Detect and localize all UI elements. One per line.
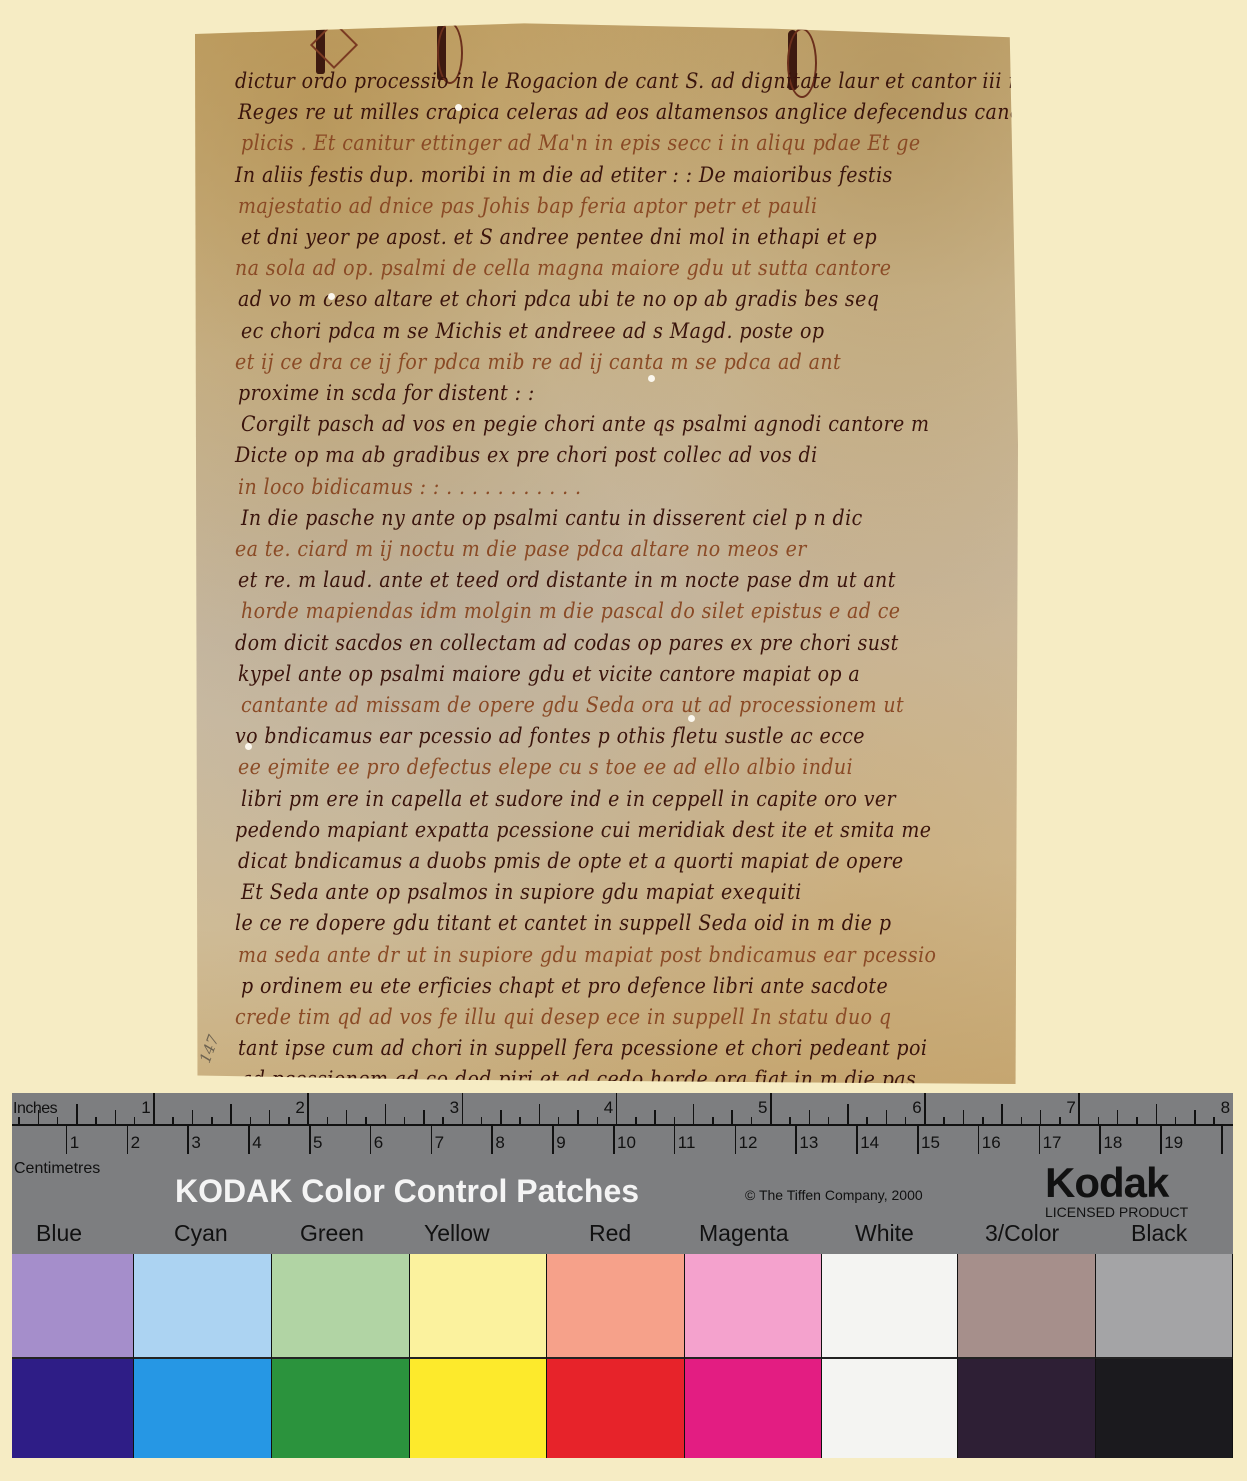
manuscript-line: ee ejmite ee pro defectus elepe cu s toe… — [238, 755, 853, 780]
cm-tick — [735, 1125, 737, 1154]
cm-number: 6 — [374, 1133, 383, 1153]
cm-tick-end — [1221, 1125, 1223, 1154]
cm-tick — [1099, 1125, 1101, 1154]
inch-tick — [809, 1110, 811, 1124]
manuscript-line: ea te. ciard m ij noctu m die pase pdca … — [235, 536, 807, 561]
inch-tick — [481, 1117, 483, 1124]
inch-tick — [423, 1110, 425, 1124]
manuscript-line: dom dicit sacdos en collectam ad codas o… — [235, 630, 899, 655]
patch-yellow-dark — [410, 1359, 547, 1458]
inch-tick — [153, 1093, 155, 1124]
inch-tick — [307, 1093, 309, 1124]
manuscript-line: libri pm ere in capella et sudore ind e … — [241, 786, 896, 811]
cm-number: 7 — [435, 1133, 444, 1153]
patch-label-yellow: Yellow — [424, 1220, 490, 1247]
cm-tick — [309, 1125, 311, 1154]
inch-tick — [1175, 1117, 1177, 1124]
manuscript-line: Et Seda ante op psalmos in supiore gdu m… — [241, 880, 802, 905]
cm-number: 2 — [131, 1133, 140, 1153]
inch-tick — [558, 1117, 560, 1124]
patch-label-white: White — [855, 1220, 914, 1247]
inch-number: 2 — [295, 1098, 304, 1118]
cm-tick — [431, 1125, 433, 1154]
cm-number: 10 — [617, 1133, 636, 1153]
inch-number: 4 — [604, 1098, 613, 1118]
manuscript-line: In aliis festis dup. moribi in m die ad … — [235, 162, 893, 187]
manuscript-line: Corgilt pasch ad vos en pegie chori ante… — [241, 412, 929, 437]
inch-tick — [577, 1110, 579, 1124]
patch-blue-light — [12, 1254, 134, 1359]
patch-red-dark — [547, 1359, 685, 1458]
patch-black-light — [1096, 1254, 1233, 1359]
cm-number: 3 — [191, 1133, 200, 1153]
cm-number: 12 — [739, 1133, 758, 1153]
patch-label-blue: Blue — [36, 1220, 82, 1247]
patch-black-dark — [1096, 1359, 1233, 1458]
inch-tick — [943, 1117, 945, 1124]
manuscript-line: le ce re dopere gdu titant et cantet in … — [235, 911, 891, 936]
manuscript-line: et ij ce dra ce ij for pdca mib re ad ij… — [235, 349, 841, 374]
cm-number: 17 — [1043, 1133, 1062, 1153]
patch-label-3-color: 3/Color — [985, 1220, 1059, 1247]
kodak-logo: Kodak — [1045, 1159, 1168, 1207]
manuscript-line: vo bndicamus ear pcessio ad fontes p oth… — [235, 724, 865, 749]
manuscript-leaf: dictur ordo processio in le Rogacion de … — [195, 18, 1018, 1084]
cm-number: 19 — [1164, 1133, 1183, 1153]
cm-tick — [674, 1125, 676, 1154]
inch-tick — [1117, 1110, 1119, 1124]
inch-tick — [539, 1104, 541, 1124]
manuscript-line: dicat bndicamus a duobs pmis de opte et … — [238, 848, 903, 873]
kodak-color-card: Inches 123456781234567891011121314151617… — [12, 1093, 1233, 1254]
inch-tick — [346, 1110, 348, 1124]
manuscript-line: ma seda ante dr ut in supiore gdu mapiat… — [238, 942, 936, 967]
inch-tick — [230, 1104, 232, 1124]
inch-tick — [500, 1110, 502, 1124]
inch-number: 5 — [758, 1098, 767, 1118]
patch-magenta-dark — [685, 1359, 822, 1458]
inch-tick — [442, 1117, 444, 1124]
inch-number: 6 — [912, 1098, 921, 1118]
patch-yellow-light — [410, 1254, 547, 1359]
manuscript-line: ad vo m ceso altare et chori pdca ubi te… — [238, 287, 879, 312]
manuscript-line: ec chori pdca m se Michis et andreee ad … — [241, 318, 824, 343]
inch-tick — [674, 1117, 676, 1124]
inch-tick — [250, 1117, 252, 1124]
inch-tick — [385, 1104, 387, 1124]
inch-tick — [712, 1117, 714, 1124]
inch-tick — [1194, 1110, 1196, 1124]
inch-number: 1 — [141, 1098, 150, 1118]
manuscript-line: crede tim qd ad vos fe illu qui desep ec… — [235, 1004, 892, 1029]
inch-tick — [770, 1093, 772, 1124]
patch-green-light — [272, 1254, 410, 1359]
inch-tick — [211, 1117, 213, 1124]
licensed-product-label: LICENSED PRODUCT — [1045, 1204, 1188, 1220]
cm-tick — [370, 1125, 372, 1154]
manuscript-line: kypel ante op psalmi maiore gdu et vicit… — [238, 661, 860, 686]
cm-number: 1 — [70, 1133, 79, 1153]
inch-tick — [693, 1104, 695, 1124]
inch-tick — [616, 1093, 618, 1124]
cm-number: 8 — [495, 1133, 504, 1153]
cm-tick — [552, 1125, 554, 1154]
inch-tick — [327, 1117, 329, 1124]
cm-tick — [917, 1125, 919, 1154]
patch-cyan-light — [134, 1254, 272, 1359]
inch-tick — [982, 1117, 984, 1124]
manuscript-line: majestatio ad dnice pas Johis bap feria … — [238, 193, 818, 218]
cm-tick — [978, 1125, 980, 1154]
manuscript-line: pedendo mapiant expatta pcessione cui me… — [235, 817, 931, 842]
manuscript-line: tant ipse cum ad chori in suppell fera p… — [238, 1036, 927, 1061]
inch-tick — [597, 1117, 599, 1124]
inch-tick — [828, 1117, 830, 1124]
inch-number: 3 — [450, 1098, 459, 1118]
cm-tick — [795, 1125, 797, 1154]
patch-blue-dark — [12, 1359, 134, 1458]
cm-number: 18 — [1103, 1133, 1122, 1153]
manuscript-line: proxime in scda for distent : : — [238, 380, 535, 405]
cm-number: 5 — [313, 1133, 322, 1153]
pinhole — [455, 104, 462, 111]
ruler-baseline — [12, 1124, 1233, 1126]
inch-tick — [115, 1110, 117, 1124]
inch-tick — [18, 1117, 20, 1124]
inch-tick — [866, 1117, 868, 1124]
patch-label-magenta: Magenta — [699, 1220, 789, 1247]
manuscript-line: et dni yeor pe apost. et S andree pentee… — [241, 224, 877, 249]
cm-tick — [1039, 1125, 1041, 1154]
inch-tick — [1001, 1104, 1003, 1124]
patch-red-light — [547, 1254, 685, 1359]
inch-tick — [751, 1117, 753, 1124]
cm-number: 13 — [799, 1133, 818, 1153]
inch-tick — [462, 1093, 464, 1124]
inch-tick — [288, 1117, 290, 1124]
patch-white-dark — [822, 1359, 958, 1458]
inch-tick — [172, 1117, 174, 1124]
cm-tick — [187, 1125, 189, 1154]
manuscript-line: na sola ad op. psalmi de cella magna mai… — [235, 256, 891, 281]
cm-number: 9 — [556, 1133, 565, 1153]
manuscript-line: in loco bidicamus : : . . . . . . . . . … — [238, 474, 581, 499]
copyright-notice: © The Tiffen Company, 2000 — [745, 1187, 923, 1203]
cm-number: 15 — [921, 1133, 940, 1153]
inches-label: Inches — [13, 1100, 57, 1118]
patch-cyan-dark — [134, 1359, 272, 1458]
inch-tick — [1078, 1093, 1080, 1124]
inch-tick — [1136, 1117, 1138, 1124]
inch-tick — [134, 1117, 136, 1124]
centimetres-label: Centimetres — [14, 1160, 100, 1178]
manuscript-line: Dicte op ma ab gradibus ex pre chori pos… — [235, 443, 818, 468]
cm-tick — [1160, 1125, 1162, 1154]
patch-3-color-dark — [958, 1359, 1096, 1458]
manuscript-line: ad pcessionem ad co dod piri et ad cedo … — [241, 1067, 916, 1092]
inch-tick — [1021, 1117, 1023, 1124]
inch-tick — [76, 1104, 78, 1124]
inch-tick — [847, 1104, 849, 1124]
inch-tick — [57, 1117, 59, 1124]
inch-tick — [1156, 1104, 1158, 1124]
inch-tick — [38, 1110, 40, 1124]
cm-tick — [856, 1125, 858, 1154]
patch-green-dark — [272, 1359, 410, 1458]
patch-white-light — [822, 1254, 958, 1359]
inch-tick — [192, 1110, 194, 1124]
inch-tick — [365, 1117, 367, 1124]
inch-tick — [1213, 1117, 1215, 1124]
manuscript-line: Reges re ut milles crapica celeras ad eo… — [238, 100, 1057, 125]
cm-tick — [491, 1125, 493, 1154]
inch-tick — [519, 1117, 521, 1124]
manuscript-line: p ordinem eu ete erficies chapt et pro d… — [241, 973, 888, 998]
patch-label-red: Red — [589, 1220, 631, 1247]
pinhole — [245, 743, 252, 750]
cm-number: 16 — [982, 1133, 1001, 1153]
patch-label-green: Green — [300, 1220, 364, 1247]
inch-tick — [905, 1117, 907, 1124]
patch-magenta-light — [685, 1254, 822, 1359]
inch-tick — [886, 1110, 888, 1124]
inch-tick — [1040, 1110, 1042, 1124]
manuscript-line: cantante ad missam de opere gdu Seda ora… — [241, 692, 904, 717]
manuscript-line: dictur ordo processio in le Rogacion de … — [235, 68, 1029, 93]
inch-tick — [635, 1117, 637, 1124]
manuscript-line: plicis . Et canitur ettinger ad Ma'n in … — [241, 131, 921, 156]
cm-number: 11 — [678, 1133, 696, 1153]
cm-tick — [248, 1125, 250, 1154]
cm-tick — [613, 1125, 615, 1154]
cm-tick — [127, 1125, 129, 1154]
inch-tick — [963, 1110, 965, 1124]
inch-tick — [1098, 1117, 1100, 1124]
patch-label-cyan: Cyan — [174, 1220, 228, 1247]
pinhole — [688, 715, 695, 722]
pinhole — [648, 375, 655, 382]
inch-tick — [789, 1117, 791, 1124]
inch-tick — [924, 1093, 926, 1124]
inch-number: 7 — [1066, 1098, 1075, 1118]
cm-number: 14 — [860, 1133, 879, 1153]
cm-number: 4 — [252, 1133, 261, 1153]
inch-number: 8 — [1221, 1098, 1230, 1118]
manuscript-line: et re. m laud. ante et teed ord distante… — [238, 568, 896, 593]
inch-tick — [95, 1117, 97, 1124]
inch-tick — [654, 1110, 656, 1124]
pinhole — [328, 293, 335, 300]
inch-tick — [404, 1117, 406, 1124]
patch-label-black: Black — [1131, 1220, 1187, 1247]
inch-tick — [269, 1110, 271, 1124]
inch-tick — [1059, 1117, 1061, 1124]
patch-3-color-light — [958, 1254, 1096, 1359]
manuscript-line: In die pasche ny ante op psalmi cantu in… — [241, 505, 863, 530]
inch-tick — [731, 1110, 733, 1124]
cm-tick — [66, 1125, 68, 1154]
manuscript-line: horde mapiendas idm molgin m die pascal … — [241, 599, 900, 624]
card-title: KODAK Color Control Patches — [175, 1173, 639, 1210]
